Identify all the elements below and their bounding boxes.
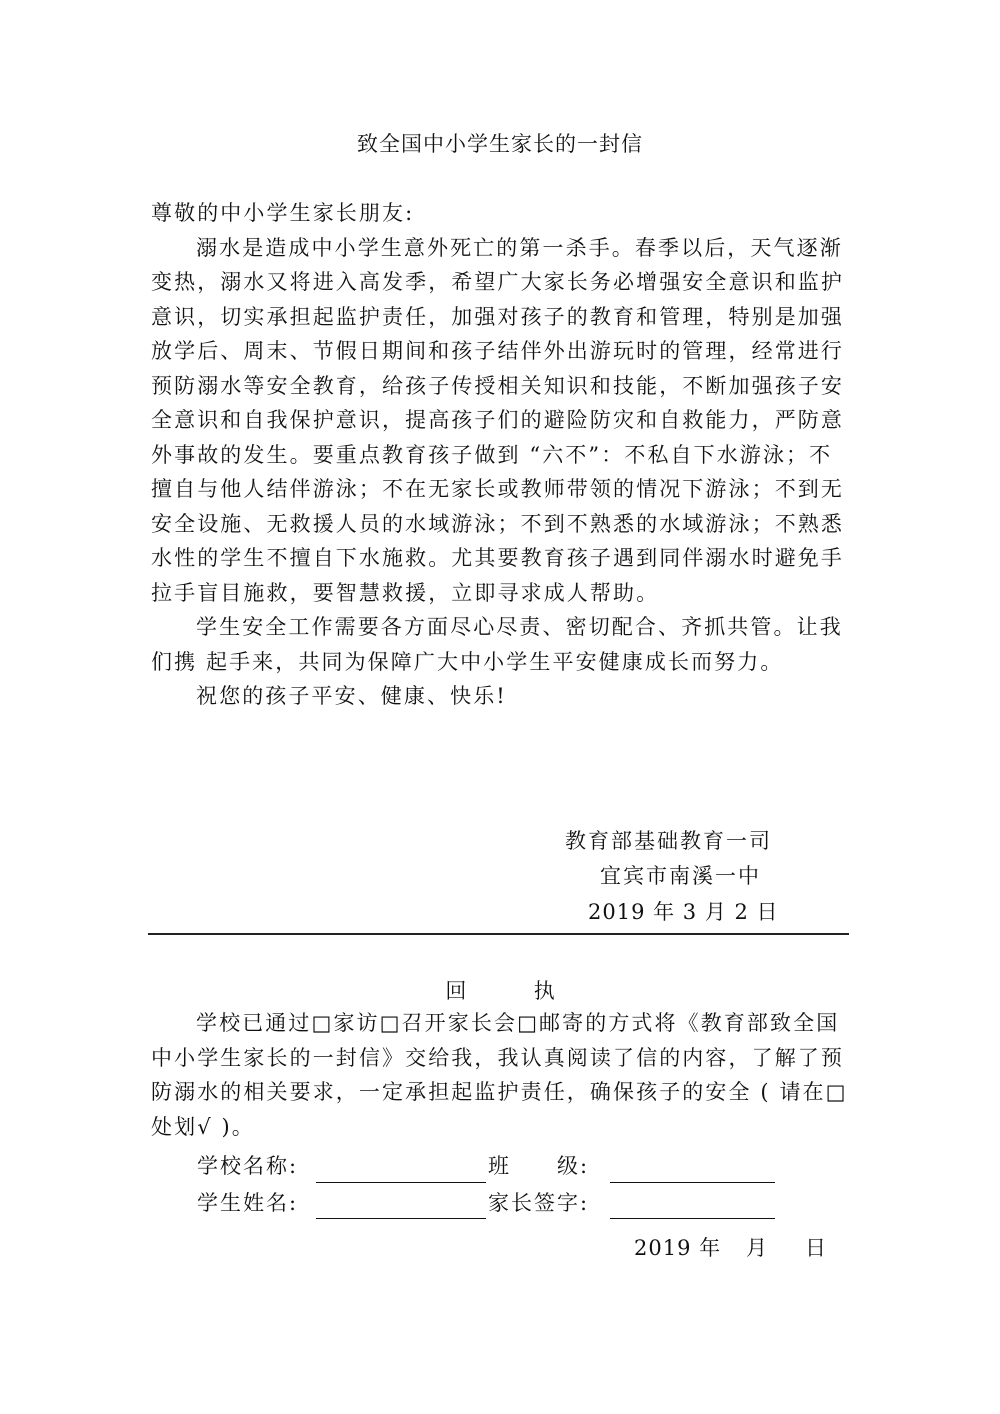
paragraph2-line: 们携 起手来，共同为保障广大中小学生平安健康成长而努力。 xyxy=(151,645,851,680)
receipt-body-line: 中小学生家长的一封信》交给我，我认真阅读了信的内容，了解了预 xyxy=(151,1041,851,1076)
paragraph1-line: 外事故的发生。要重点教育孩子做到 “六不”：不私自下水游泳；不 xyxy=(151,438,851,473)
salutation: 尊敬的中小学生家长朋友: xyxy=(151,196,851,231)
school-name-label: 学校名称: xyxy=(197,1150,298,1180)
letter-body: 尊敬的中小学生家长朋友: 溺水是造成中小学生意外死亡的第一杀手。春季以后，天气逐… xyxy=(151,196,851,714)
receipt-body-line: 学校已通过□家访□召开家长会□邮寄的方式将《教育部致全国 xyxy=(151,1006,851,1041)
receipt-title-char: 执 xyxy=(534,975,555,1005)
student-name-field[interactable] xyxy=(316,1218,486,1219)
paragraph1-line: 意识，切实承担起监护责任，加强对孩子的教育和管理，特别是加强 xyxy=(151,300,851,335)
closing-line: 祝您的孩子平安、健康、快乐! xyxy=(151,679,851,714)
receipt-date-year: 2019 年 xyxy=(634,1232,721,1262)
receipt-body-line: 处划√ )。 xyxy=(151,1110,851,1145)
parent-signature-label: 家长签字: xyxy=(488,1187,589,1217)
receipt-date-day: 日 xyxy=(805,1232,828,1262)
receipt-title: 回 执 xyxy=(0,975,1000,1005)
receipt-title-char: 回 xyxy=(445,975,466,1005)
signature-org1: 教育部基础教育一司 xyxy=(565,825,772,855)
paragraph1-line: 预防溺水等安全教育，给孩子传授相关知识和技能，不断加强孩子安 xyxy=(151,369,851,404)
section-divider xyxy=(148,933,849,935)
student-name-label: 学生姓名: xyxy=(197,1187,298,1217)
signature-org2: 宜宾市南溪一中 xyxy=(600,860,761,890)
paragraph1-line: 放学后、周末、节假日期间和孩子结伴外出游玩时的管理，经常进行 xyxy=(151,334,851,369)
receipt-date-month: 月 xyxy=(746,1232,769,1262)
paragraph1-line: 拉手盲目施救，要智慧救援，立即寻求成人帮助。 xyxy=(151,576,851,611)
paragraph1-line: 擅自与他人结伴游泳；不在无家长或教师带领的情况下游泳；不到无 xyxy=(151,472,851,507)
paragraph1-line: 安全设施、无救援人员的水域游泳；不到不熟悉的水域游泳；不熟悉 xyxy=(151,507,851,542)
letter-title: 致全国中小学生家长的一封信 xyxy=(0,128,1000,158)
paragraph1-line: 溺水是造成中小学生意外死亡的第一杀手。春季以后，天气逐渐 xyxy=(151,231,851,266)
signature-date: 2019 年 3 月 2 日 xyxy=(588,896,779,926)
school-name-field[interactable] xyxy=(316,1182,486,1183)
paragraph1-line: 变热，溺水又将进入高发季，希望广大家长务必增强安全意识和监护 xyxy=(151,265,851,300)
paragraph2-line: 学生安全工作需要各方面尽心尽责、密切配合、齐抓共管。让我 xyxy=(151,610,851,645)
class-field[interactable] xyxy=(610,1182,775,1183)
paragraph1-line: 水性的学生不擅自下水施救。尤其要教育孩子遇到同伴溺水时避免手 xyxy=(151,541,851,576)
receipt-body: 学校已通过□家访□召开家长会□邮寄的方式将《教育部致全国 中小学生家长的一封信》… xyxy=(151,1006,851,1144)
class-label: 班 级: xyxy=(488,1150,589,1180)
parent-signature-field[interactable] xyxy=(610,1218,775,1219)
receipt-body-line: 防溺水的相关要求，一定承担起监护责任，确保孩子的安全 ( 请在□ xyxy=(151,1075,851,1110)
paragraph1-line: 全意识和自我保护意识，提高孩子们的避险防灾和自救能力，严防意 xyxy=(151,403,851,438)
